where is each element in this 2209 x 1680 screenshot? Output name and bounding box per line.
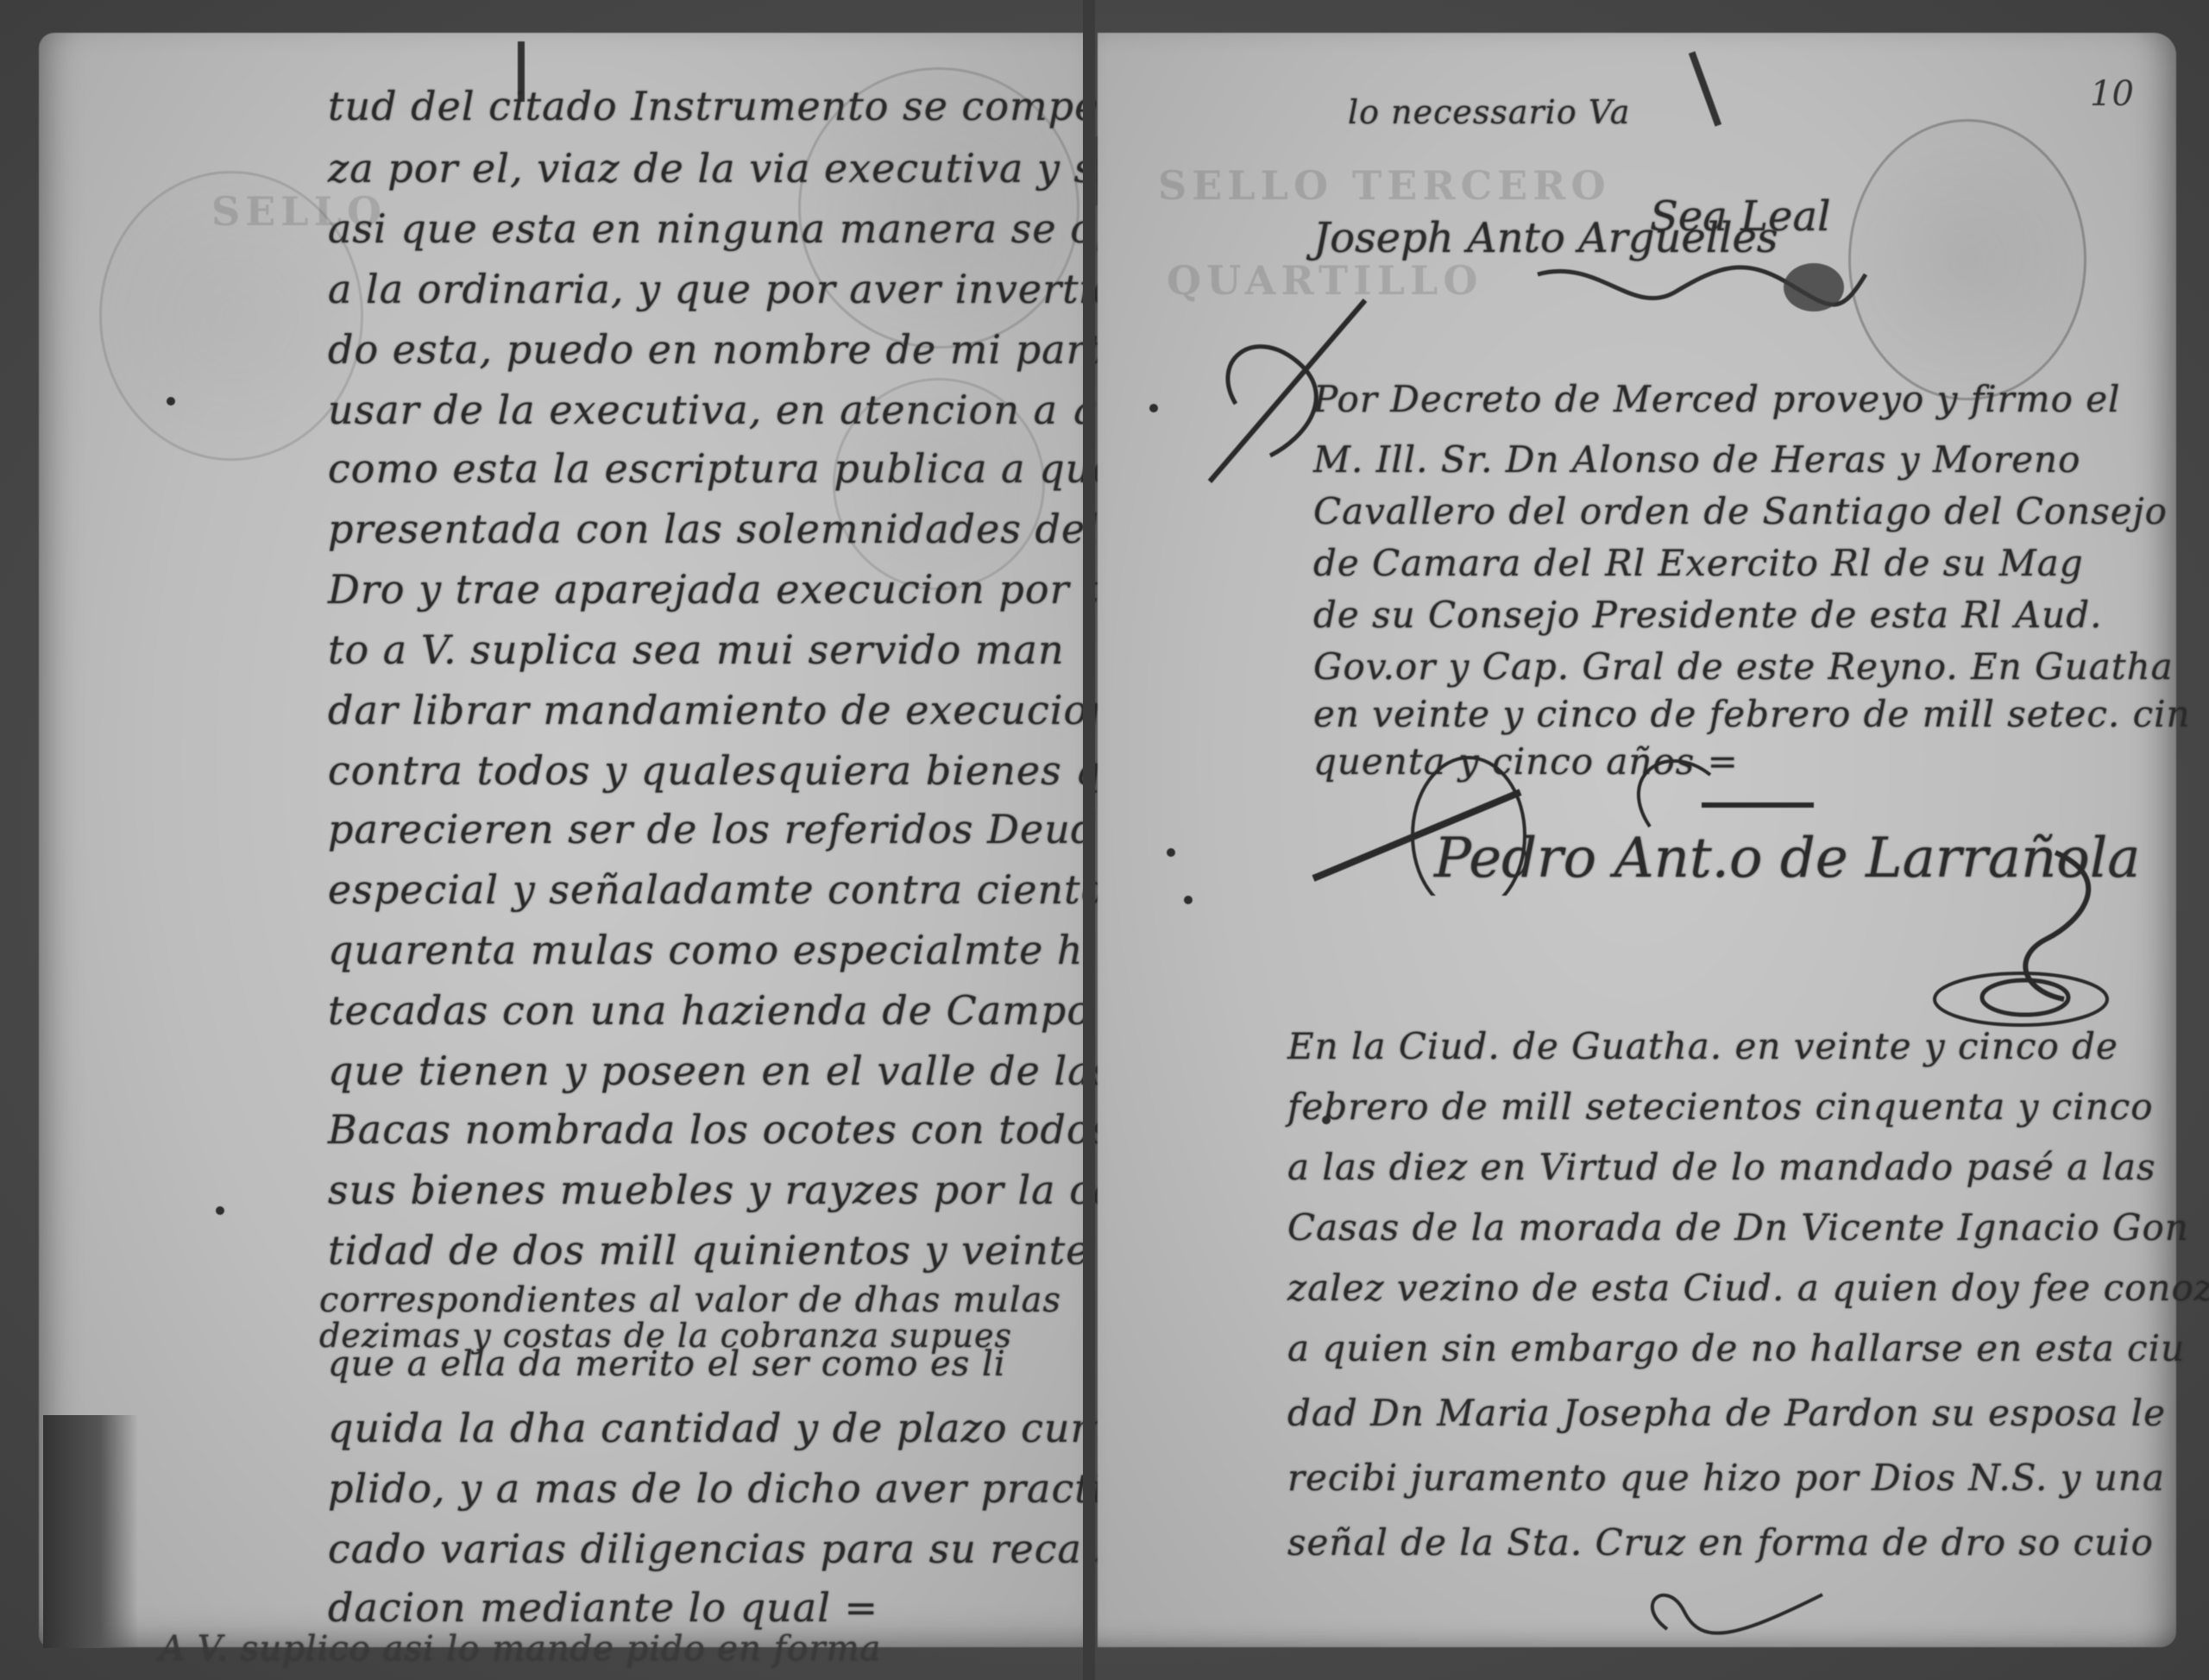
- manuscript-line: dar librar mandamiento de execucion: [328, 687, 1115, 733]
- manuscript-line: cado varias diligencias para su recau: [328, 1526, 1109, 1572]
- manuscript-line: quarenta mulas como especialmte hipo: [328, 927, 1148, 973]
- manuscript-line: usar de la executiva, en atencion a que: [328, 387, 1149, 433]
- diligence-line: Casas de la morada de Dn Vicente Ignacio…: [1287, 1206, 2189, 1249]
- manuscript-line: que a ella da merito el ser como es li: [328, 1344, 1006, 1384]
- manuscript-line: asi que esta en ninguna manera se opone: [328, 205, 1197, 252]
- decree-line: Por Decreto de Merced proveyo y firmo el: [1313, 378, 2121, 420]
- left-folio: SELLO tud del citado Instrumento se comp…: [39, 33, 1087, 1647]
- manuscript-line: como esta la escriptura publica a que: [328, 445, 1117, 492]
- diligence-line: a quien sin embargo de no hallarse en es…: [1287, 1327, 2185, 1369]
- manuscript-line: Bacas nombrada los ocotes con todos: [328, 1106, 1112, 1153]
- manuscript-line: quida la dha cantidad y de plazo cum: [328, 1405, 1109, 1451]
- manuscript-line: presentada con las solemnidades del: [328, 506, 1099, 552]
- ink-blot: [1322, 1116, 1331, 1124]
- diligence-line: recibi juramento que hizo por Dios N.S. …: [1287, 1457, 2165, 1499]
- ink-blot: [1149, 404, 1158, 412]
- signature-paraph: [1926, 844, 2150, 1034]
- diligence-line: zalez vezino de esta Ciud. a quien doy f…: [1287, 1267, 2209, 1309]
- manuscript-line: que tienen y poseen en el valle de las: [328, 1048, 1113, 1094]
- manuscript-line: do esta, puedo en nombre de mi parte: [328, 326, 1127, 373]
- bleed-through-text: SELLO TERCERO: [1158, 162, 1611, 209]
- manuscript-line: sus bienes muebles y rayzes por la can: [328, 1167, 1143, 1213]
- manuscript-line: a la ordinaria, y que por aver invertido: [328, 266, 1143, 312]
- manuscript-line: to a V. suplica sea mui servido man: [328, 626, 1065, 673]
- decree-line: M. Ill. Sr. Dn Alonso de Heras y Moreno: [1313, 438, 2080, 481]
- ink-blot: [1184, 896, 1193, 904]
- ink-blot: [167, 397, 175, 406]
- diligence-line: dad Dn Maria Josepha de Pardon su esposa…: [1287, 1392, 2166, 1434]
- right-folio: SELLO TERCERO QUARTILLO 10 lo necessario…: [1098, 33, 2176, 1647]
- decree-line: Cavallero del orden de Santiago del Cons…: [1313, 490, 2168, 532]
- diligence-line: a las diez en Virtud de lo mandado pasé …: [1287, 1146, 2156, 1188]
- book-gutter: [1083, 0, 1095, 1680]
- manuscript-line: parecieren ser de los referidos Deudores: [328, 806, 1187, 853]
- manuscript-line: tecadas con una hazienda de Campo: [328, 987, 1092, 1034]
- ink-stroke: [1689, 51, 1721, 126]
- manuscript-line: za por el, viaz de la via executiva y si…: [328, 145, 1211, 192]
- manuscript-line: correspondientes al valor de dhas mulas: [319, 1280, 1061, 1320]
- diligence-line: señal de la Sta. Cruz en forma de dro so…: [1287, 1521, 2154, 1564]
- diligence-line: En la Ciud. de Guatha. en veinte y cinco…: [1287, 1025, 2118, 1067]
- manuscript-line: especial y señaladamte contra ciento y: [328, 866, 1142, 913]
- official-seal: [1848, 119, 2086, 400]
- manuscript-line: Dro y trae aparejada execucion por tan: [328, 566, 1151, 613]
- closing-flourish: [1615, 1577, 1840, 1664]
- diligence-line: febrero de mill setecientos cinquenta y …: [1287, 1085, 2154, 1128]
- manuscript-line: A V. suplico asi lo mande pido en forma: [160, 1629, 881, 1669]
- signature-note: Sea Leal: [1650, 192, 1830, 241]
- manuscript-line: dacion mediante lo qual =: [328, 1584, 878, 1631]
- manuscript-line: tud del citado Instrumento se compete: [328, 83, 1140, 129]
- ink-blot: [216, 1206, 224, 1215]
- folio-number: 10: [2090, 74, 2134, 114]
- decree-line: Gov.or y Cap. Gral de este Reyno. En Gua…: [1313, 645, 2174, 688]
- decree-line: de Camara del Rl Exercito Rl de su Mag: [1313, 542, 2084, 584]
- page-edge-shadow: [43, 1415, 138, 1648]
- opening-line: lo necessario Va: [1348, 93, 1630, 131]
- manuscript-line: tidad de dos mill quinientos y veinte ps: [328, 1227, 1151, 1274]
- decree-line: de su Consejo Presidente de esta Rl Aud.: [1313, 594, 2102, 636]
- manuscript-line: contra todos y qualesquiera bienes que: [328, 747, 1153, 794]
- manuscript-line: plido, y a mas de lo dicho aver practi: [328, 1465, 1104, 1512]
- ink-blot: [1167, 848, 1175, 857]
- signature-flourish: [1529, 240, 1874, 335]
